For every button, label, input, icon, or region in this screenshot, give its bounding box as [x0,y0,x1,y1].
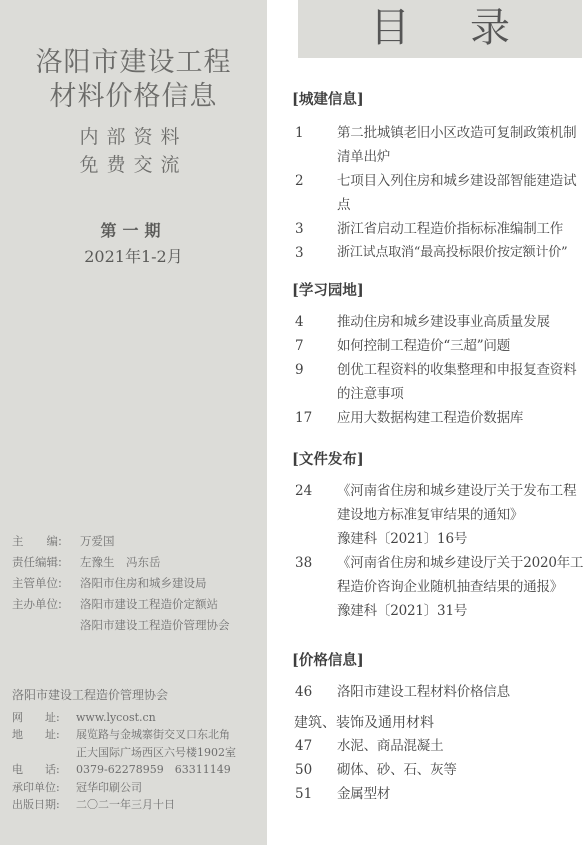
toc-heading-char1: 目 [370,0,410,53]
toc-page: 9 [292,358,337,406]
toc-item[interactable]: 38 《河南省住房和城乡建设厅关于2020年工程造价咨询企业随机抽查结果的通报》… [292,551,588,623]
publisher-label: 网 址: [12,709,76,727]
toc-item[interactable]: 7 如何控制工程造价“三超”问题 [292,334,588,358]
credit-value: 洛阳市建设工程造价定额站 [80,594,218,615]
toc-item[interactable]: 1 第二批城镇老旧小区改造可复制政策机制清单出炉 [292,121,588,169]
toc-page: 7 [292,334,337,358]
credits-block: 主 编: 万爱国 责任编辑: 左豫生 冯东岳 主管单位: 洛阳市住房和城乡建设局… [12,531,262,636]
toc-heading-char2: 录 [470,0,510,53]
toc-title-text: 《河南省住房和城乡建设厅关于2020年工程造价咨询企业随机抽查结果的通报》 [337,555,583,595]
credit-value: 洛阳市住房和城乡建设局 [80,573,207,594]
toc-title: 洛阳市建设工程材料价格信息 [337,680,588,704]
issue-period: 2021年1-2月 [0,244,267,267]
toc-title: 浙江省启动工程造价指标标准编制工作 [337,217,588,241]
cover-page: 洛阳市建设工程 材料价格信息 内部资料 免费交流 第一期 2021年1-2月 主… [0,0,267,845]
toc-item[interactable]: 46 洛阳市建设工程材料价格信息 [292,680,588,704]
toc-item[interactable]: 51 金属型材 [292,782,588,806]
toc-page: 17 [292,406,337,430]
publisher-row: 网 址: www.lycost.cn [12,709,267,727]
publisher-value: 0379-62278959 63311149 [76,761,231,779]
credit-label [12,615,80,636]
toc-title: 如何控制工程造价“三超”问题 [337,334,588,358]
toc-page: 46 [292,680,337,704]
toc-title: 应用大数据构建工程造价数据库 [337,406,588,430]
toc-doc-number: 豫建科〔2021〕16号 [337,531,467,547]
publisher-value: 二〇二一年三月十日 [76,796,175,814]
publisher-row: 地 址: 展览路与金城寨街交叉口东北角 [12,726,267,744]
section-title: [城建信息] [292,88,588,109]
publisher-value: 冠华印刷公司 [76,779,142,797]
publisher-row: 承印单位: 冠华印刷公司 [12,779,267,797]
issue-number: 第一期 [0,218,267,241]
credit-row: 主管单位: 洛阳市住房和城乡建设局 [12,573,262,594]
toc-title-text: 《河南省住房和城乡建设厅关于发布工程建设地方标准复审结果的通知》 [337,483,576,523]
website-link[interactable]: www.lycost.cn [76,709,156,727]
toc-page: 2 [292,169,337,217]
toc-item[interactable]: 3 浙江省启动工程造价指标标准编制工作 [292,217,588,241]
table-of-contents: [城建信息] 1 第二批城镇老旧小区改造可复制政策机制清单出炉 2 七项目入列住… [292,88,588,806]
publisher-label: 出版日期: [12,796,76,814]
toc-page: 1 [292,121,337,169]
credit-row: 主 编: 万爱国 [12,531,262,552]
toc-page: 47 [292,734,337,758]
toc-title: 砌体、砂、石、灰等 [337,758,588,782]
credit-label: 主管单位: [12,573,80,594]
publisher-value: 展览路与金城寨街交叉口东北角 [76,726,230,744]
publisher-label: 地 址: [12,726,76,744]
publisher-label: 承印单位: [12,779,76,797]
publisher-row: 电 话: 0379-62278959 63311149 [12,761,267,779]
toc-heading-banner: 目 录 [298,0,582,58]
toc-title: 水泥、商品混凝土 [337,734,588,758]
toc-doc-number: 豫建科〔2021〕31号 [337,603,467,619]
toc-title: 第二批城镇老旧小区改造可复制政策机制清单出炉 [337,121,588,169]
toc-item[interactable]: 2 七项目入列住房和城乡建设部智能建造试点 [292,169,588,217]
credit-row: 主办单位: 洛阳市建设工程造价定额站 [12,594,262,615]
publisher-org: 洛阳市建设工程造价管理协会 [12,687,267,705]
publisher-value: 正大国际广场西区六号楼1902室 [76,744,236,762]
toc-page: 50 [292,758,337,782]
toc-page: 38 [292,551,337,623]
toc-title: 七项目入列住房和城乡建设部智能建造试点 [337,169,588,217]
publisher-block: 洛阳市建设工程造价管理协会 网 址: www.lycost.cn 地 址: 展览… [12,687,267,814]
section-title: [文件发布] [292,448,588,469]
toc-item[interactable]: 24 《河南省住房和城乡建设厅关于发布工程建设地方标准复审结果的通知》 豫建科〔… [292,479,588,551]
toc-page: 3 [292,241,337,265]
toc-item[interactable]: 47 水泥、商品混凝土 [292,734,588,758]
credit-row: 洛阳市建设工程造价管理协会 [12,615,262,636]
cover-title-line2: 材料价格信息 [0,74,267,113]
toc-title: 浙江试点取消“最高投标限价按定额计价” [337,241,588,265]
toc-item[interactable]: 17 应用大数据构建工程造价数据库 [292,406,588,430]
toc-title: 金属型材 [337,782,588,806]
toc-item[interactable]: 3 浙江试点取消“最高投标限价按定额计价” [292,241,588,265]
toc-title: 《河南省住房和城乡建设厅关于2020年工程造价咨询企业随机抽查结果的通报》 豫建… [337,551,588,623]
toc-title: 创优工程资料的收集整理和申报复查资料的注意事项 [337,358,588,406]
toc-title: 《河南省住房和城乡建设厅关于发布工程建设地方标准复审结果的通知》 豫建科〔202… [337,479,588,551]
credit-label: 主 编: [12,531,80,552]
publisher-row: 出版日期: 二〇二一年三月十日 [12,796,267,814]
cover-note-line2: 免费交流 [0,150,267,177]
publisher-row: 正大国际广场西区六号楼1902室 [12,744,267,762]
cover-note-line1: 内部资料 [0,122,267,149]
toc-item[interactable]: 9 创优工程资料的收集整理和申报复查资料的注意事项 [292,358,588,406]
subsection-title: 建筑、装饰及通用材料 [294,712,588,732]
credit-value: 左豫生 冯东岳 [80,552,161,573]
toc-title: 推动住房和城乡建设事业高质量发展 [337,310,588,334]
toc-item[interactable]: 50 砌体、砂、石、灰等 [292,758,588,782]
section-title: [价格信息] [292,649,588,670]
section-title: [学习园地] [292,279,588,300]
credit-value: 洛阳市建设工程造价管理协会 [80,615,230,636]
publisher-label: 电 话: [12,761,76,779]
credit-label: 主办单位: [12,594,80,615]
toc-item[interactable]: 4 推动住房和城乡建设事业高质量发展 [292,310,588,334]
toc-page: 51 [292,782,337,806]
credit-label: 责任编辑: [12,552,80,573]
toc-page: 4 [292,310,337,334]
credit-row: 责任编辑: 左豫生 冯东岳 [12,552,262,573]
toc-page: 3 [292,217,337,241]
publisher-label [12,744,76,762]
toc-page: 24 [292,479,337,551]
credit-value: 万爱国 [80,531,115,552]
